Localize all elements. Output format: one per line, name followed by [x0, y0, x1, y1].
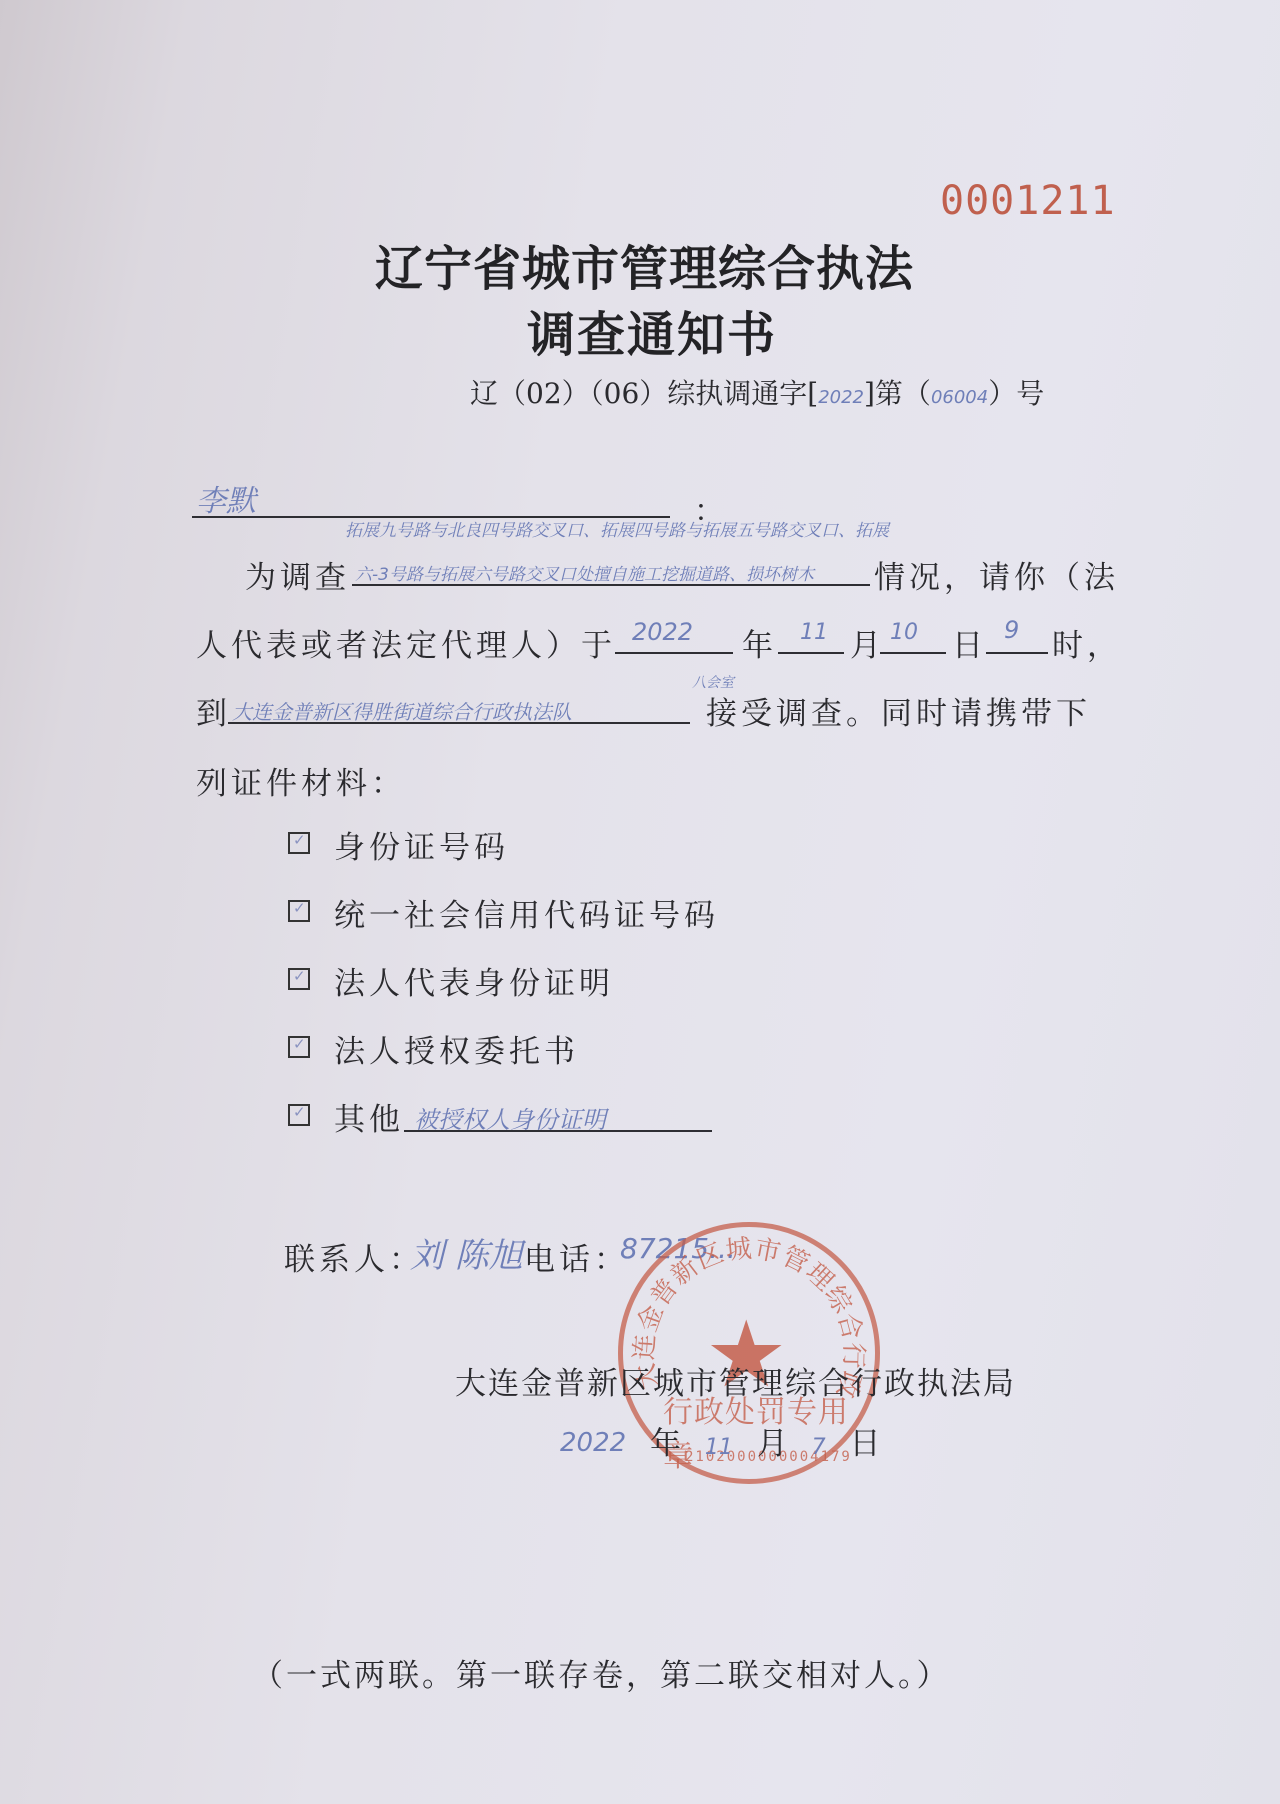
issue-date: 年 11 月 7 日 — [650, 1418, 880, 1463]
doc-number-suffix: ）号 — [988, 377, 1044, 410]
footer-note: （一式两联。第一联存卷，第二联交相对人。） — [252, 1650, 951, 1695]
issue-day-label: 日 — [849, 1426, 880, 1462]
issue-month-label: 月 — [757, 1426, 788, 1462]
matter-underline — [352, 584, 870, 586]
place-handwritten: 大连金普新区得胜街道综合行政执法队 — [232, 696, 572, 725]
month-underline — [778, 652, 844, 654]
doc-number-year: 2022 — [818, 387, 864, 408]
contact-person-signature: 刘 陈旭 — [410, 1228, 523, 1277]
appointment-hour: 9 — [1004, 616, 1019, 644]
issuing-agency: 大连金普新区城市管理综合行政执法局 — [455, 1358, 1016, 1403]
checklist-item-label: 身份证号码 — [334, 822, 509, 867]
issue-month: 11 — [705, 1435, 733, 1460]
appointment-day: 10 — [890, 620, 918, 645]
issue-year-label: 年 — [650, 1426, 681, 1462]
day-underline — [880, 652, 946, 654]
recipient-name: 李默 — [196, 476, 256, 520]
matter-handwritten-line1: 拓展九号路与北良四号路交叉口、拓展四号路与拓展五号路交叉口、拓展 — [345, 516, 889, 541]
check-mark-icon: ✓ — [293, 1035, 306, 1053]
matter-handwritten-line2: 六-3号路与拓展六号路交叉口处擅自施工挖掘道路、损坏树木 — [355, 560, 814, 585]
appointment-month: 11 — [800, 620, 828, 645]
doc-number-middle: ]第（ — [864, 377, 931, 410]
checkbox-authorization-letter[interactable]: ✓ — [288, 1036, 310, 1058]
para3-prefix: 到 — [196, 688, 231, 733]
para3-suffix: 接受调查。同时请携带下 — [706, 688, 1091, 733]
checklist-item-label: 法人授权委托书 — [334, 1026, 579, 1071]
document-title-line2: 调查通知书 — [527, 296, 777, 365]
issue-year: 2022 — [560, 1428, 626, 1458]
hour-label: 时， — [1052, 620, 1122, 665]
checklist-item-label: 统一社会信用代码证号码 — [334, 890, 719, 935]
document-title-line1: 辽宁省城市管理综合执法 — [375, 230, 914, 299]
place-underline — [228, 722, 690, 724]
checkbox-credit-code[interactable]: ✓ — [288, 900, 310, 922]
document-number: 辽（02）（06）综执调通字[2022]第（06004）号 — [470, 372, 1044, 412]
checkbox-id-number[interactable]: ✓ — [288, 832, 310, 854]
checklist-item-label: 法人代表身份证明 — [334, 958, 614, 1003]
month-label: 月 — [850, 620, 885, 665]
document-page: 0001211 辽宁省城市管理综合执法 调查通知书 辽（02）（06）综执调通字… — [0, 0, 1280, 1804]
year-underline — [615, 652, 733, 654]
para1-prefix: 为调查 — [245, 552, 350, 597]
contact-person-label: 联系人： — [284, 1234, 424, 1279]
issue-day: 7 — [812, 1435, 826, 1460]
appointment-year: 2022 — [632, 618, 693, 646]
check-mark-icon: ✓ — [293, 831, 306, 849]
doc-number-prefix: 辽（02）（06）综执调通字[ — [470, 377, 818, 410]
phone-label: 电话： — [524, 1234, 629, 1279]
serial-number: 0001211 — [940, 178, 1116, 224]
check-mark-icon: ✓ — [293, 1103, 306, 1121]
check-mark-icon: ✓ — [293, 899, 306, 917]
checkbox-legal-rep-id[interactable]: ✓ — [288, 968, 310, 990]
other-underline — [404, 1130, 712, 1132]
doc-number-seq: 06004 — [931, 387, 988, 408]
checklist-item-label: 其他 — [334, 1094, 404, 1139]
day-label: 日 — [952, 620, 987, 665]
year-label: 年 — [742, 620, 777, 665]
para4: 列证件材料： — [196, 758, 406, 803]
para2-prefix: 人代表或者法定代理人）于 — [196, 620, 616, 665]
para1-suffix: 情况，请你（法 — [874, 552, 1119, 597]
checkbox-other[interactable]: ✓ — [288, 1104, 310, 1126]
check-mark-icon: ✓ — [293, 967, 306, 985]
hour-underline — [986, 652, 1048, 654]
